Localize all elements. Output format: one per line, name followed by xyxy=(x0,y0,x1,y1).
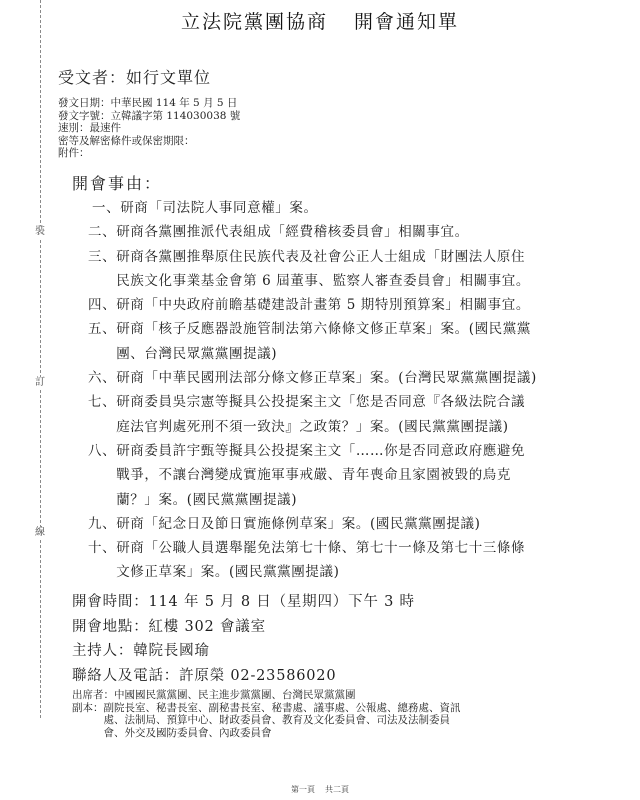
attendees-value: 中國國民黨黨團、民主進步黨黨團、台灣民眾黨黨團 xyxy=(114,689,356,702)
meeting-contact: 聯絡人及電話：許原榮 02-23586020 xyxy=(72,664,415,689)
page-current: 第一頁 xyxy=(291,785,315,794)
meeting-time: 開會時間：114 年 5 月 8 日（星期四）下午 3 時 xyxy=(72,590,415,615)
agenda-item: 六、 研商「中華民國刑法部分條文修正草案」案。(台灣民眾黨黨團提議) xyxy=(88,366,588,390)
distribution: 出席者： 中國國民黨黨團、民主進步黨黨團、台灣民眾黨黨團 副本： 副院長室、秘書… xyxy=(72,689,461,739)
meeting-chair: 主持人：韓院長國瑜 xyxy=(72,639,415,664)
page-footer: 第一頁共二頁 xyxy=(0,784,640,795)
title-left: 立法院黨團協商 xyxy=(181,11,328,33)
urgency: 速別：最速件 xyxy=(58,122,240,135)
agenda-text: 蘭？」案。(國民黨黨團提議) xyxy=(116,488,588,512)
agenda-item: 九、 研商「紀念日及節日實施條例草案」案。(國民黨黨團提議) xyxy=(88,512,588,536)
agenda-text: 研商各黨團推派代表組成「經費稽核委員會」相關事宜。 xyxy=(116,220,588,244)
title-right: 開會通知單 xyxy=(354,11,459,33)
agenda-number: 十、 xyxy=(88,536,116,585)
agenda-text: 文修正草案」案。(國民黨黨團提議) xyxy=(116,560,588,584)
agenda-text: 團、台灣民眾黨黨團提議) xyxy=(116,342,588,366)
agenda-number: 二、 xyxy=(88,220,116,244)
agenda-text: 戰爭，不讓台灣變成實施軍事戒嚴、青年喪命且家園被毀的烏克 xyxy=(116,463,588,487)
agenda-text: 庭法官判處死刑不須一致決』之政策？」案。(國民黨黨團提議) xyxy=(116,415,588,439)
agenda-text: 研商「中華民國刑法部分條文修正草案」案。(台灣民眾黨黨團提議) xyxy=(116,366,588,390)
page-total: 共二頁 xyxy=(325,785,349,794)
agenda-number: 五、 xyxy=(88,317,116,366)
document-meta: 發文日期：中華民國 114 年 5 月 5 日 發文字號：立韓議字第 11403… xyxy=(58,97,240,160)
recipient: 受文者：如行文單位 xyxy=(58,66,211,90)
attendees-row: 出席者： 中國國民黨黨團、民主進步黨黨團、台灣民眾黨黨團 xyxy=(72,689,461,702)
agenda-item: 十、 研商「公職人員選舉罷免法第七十條、第七十一條及第七十三條條 文修正草案」案… xyxy=(88,536,588,585)
issue-date: 發文日期：中華民國 114 年 5 月 5 日 xyxy=(58,97,240,110)
binding-line xyxy=(40,0,42,718)
agenda-number: 三、 xyxy=(88,245,116,294)
agenda-item: 七、 研商委員吳宗憲等擬具公投提案主文「您是否同意『各級法院合議 庭法官判處死刑… xyxy=(88,390,588,439)
meeting-details: 開會時間：114 年 5 月 8 日（星期四）下午 3 時 開會地點：紅樓 30… xyxy=(72,590,415,688)
agenda-text: 研商「司法院人事同意權」案。 xyxy=(120,196,588,220)
agenda-number: 六、 xyxy=(88,366,116,390)
agenda-item: 八、 研商委員許宇甄等擬具公投提案主文「……你是否同意政府應避免 戰爭，不讓台灣… xyxy=(88,439,588,512)
cc-line: 會、外交及國防委員會、內政委員會 xyxy=(104,727,461,740)
cc-line: 副院長室、秘書長室、副秘書長室、秘書處、議事處、公報處、總務處、資訊 xyxy=(104,702,461,715)
agenda-text: 研商「紀念日及節日實施條例草案」案。(國民黨黨團提議) xyxy=(116,512,588,536)
agenda-item: 三、 研商各黨團推舉原住民族代表及社會公正人士組成「財團法人原住 民族文化事業基… xyxy=(88,245,588,294)
classification: 密等及解密條件或保密期限： xyxy=(58,135,240,148)
agenda-number: 八、 xyxy=(88,439,116,512)
agenda-list: 一、 研商「司法院人事同意權」案。 二、 研商各黨團推派代表組成「經費稽核委員會… xyxy=(88,196,588,585)
attachment: 附件： xyxy=(58,147,240,160)
binding-mark-ding: 訂 xyxy=(33,377,47,389)
agenda-number: 一、 xyxy=(92,196,120,220)
cc-row: 副本： 副院長室、秘書長室、副秘書長室、秘書處、議事處、公報處、總務處、資訊 處… xyxy=(72,702,461,740)
agenda-item: 四、 研商「中央政府前瞻基礎建設計畫第 5 期特別預算案」相關事宜。 xyxy=(88,293,588,317)
agenda-text: 研商委員許宇甄等擬具公投提案主文「……你是否同意政府應避免 xyxy=(116,439,588,463)
agenda-text: 民族文化事業基金會第 6 屆董事、監察人審查委員會」相關事宜。 xyxy=(116,269,588,293)
agenda-number: 四、 xyxy=(88,293,116,317)
binding-mark-zhuang: 裝 xyxy=(33,226,47,238)
document-title: 立法院黨團協商開會通知單 xyxy=(0,8,640,36)
agenda-number: 九、 xyxy=(88,512,116,536)
agenda-text: 研商「核子反應器設施管制法第六條條文修正草案」案。(國民黨黨 xyxy=(116,317,588,341)
agenda-text: 研商「公職人員選舉罷免法第七十條、第七十一條及第七十三條條 xyxy=(116,536,588,560)
meeting-place: 開會地點：紅樓 302 會議室 xyxy=(72,615,415,640)
agenda-item: 五、 研商「核子反應器設施管制法第六條條文修正草案」案。(國民黨黨 團、台灣民眾… xyxy=(88,317,588,366)
agenda-item: 一、 研商「司法院人事同意權」案。 xyxy=(88,196,588,220)
cc-line: 處、法制局、預算中心、財政委員會、教育及文化委員會、司法及法制委員 xyxy=(104,714,461,727)
agenda-text: 研商委員吳宗憲等擬具公投提案主文「您是否同意『各級法院合議 xyxy=(116,390,588,414)
agenda-number: 七、 xyxy=(88,390,116,439)
agenda-text: 研商各黨團推舉原住民族代表及社會公正人士組成「財團法人原住 xyxy=(116,245,588,269)
binding-mark-xian: 線 xyxy=(33,527,47,539)
cc-label: 副本： xyxy=(72,702,104,740)
agenda-heading: 開會事由： xyxy=(72,173,162,195)
agenda-text: 研商「中央政府前瞻基礎建設計畫第 5 期特別預算案」相關事宜。 xyxy=(116,293,588,317)
attendees-label: 出席者： xyxy=(72,689,114,702)
agenda-item: 二、 研商各黨團推派代表組成「經費稽核委員會」相關事宜。 xyxy=(88,220,588,244)
issue-number: 發文字號：立韓議字第 114030038 號 xyxy=(58,110,240,123)
